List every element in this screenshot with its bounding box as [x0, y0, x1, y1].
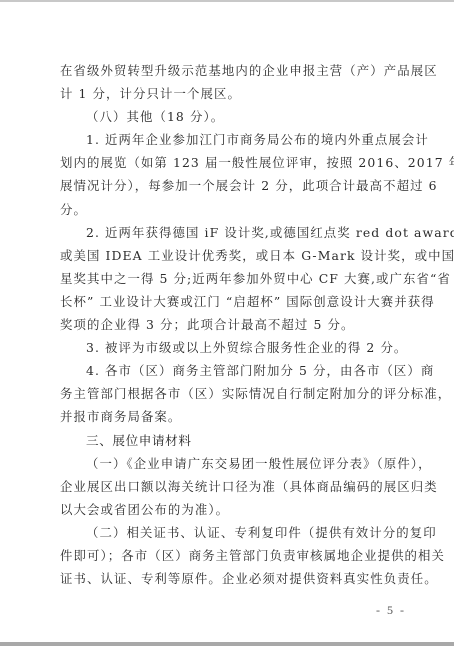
text-line: 划内的展览（如第 123 届一般性展位评审，按照 2016、2017 年参	[60, 151, 396, 174]
material-1-text: （一）《企业申请广东交易团一般性展位评分表》（原件），	[60, 452, 396, 475]
text-line: 展情况计分），每参加一个展会计 2 分，此项合计最高不超过 6	[60, 174, 396, 197]
item-4-text: 4. 各市（区）商务主管部门附加分 5 分，由各市（区）商	[60, 359, 396, 382]
material-2-text: （二）相关证书、认证、专利复印件（提供有效计分的复印	[60, 521, 396, 544]
text-line: 奖项的企业得 3 分；此项合计最高不超过 5 分。	[60, 313, 396, 336]
document-page: 在省级外贸转型升级示范基地内的企业申报主营（产）产品展区 计 1 分，计分只计一…	[60, 59, 396, 590]
text-line: 企业展区出口额以海关统计口径为准（具体商品编码的展区归类	[60, 475, 396, 498]
text-line: 分。	[60, 198, 396, 221]
text-line: 在省级外贸转型升级示范基地内的企业申报主营（产）产品展区	[60, 59, 396, 82]
page-number: - 5 -	[376, 603, 406, 618]
text-line: 件即可）；各市（区）商务主管部门负责审核属地企业提供的相关	[60, 544, 396, 567]
item-1-text: 1. 近两年企业参加江门市商务局公布的境内外重点展会计	[60, 128, 396, 151]
section-heading-materials: 三、展位申请材料	[60, 429, 396, 452]
text-line: 长杯” 工业设计大赛或江门 “启超杯” 国际创意设计大赛并获得	[60, 290, 396, 313]
text-line: 证书、认证、专利等原件。企业必须对提供资料真实性负责任。	[60, 567, 396, 590]
text-line: 以大会或省团公布的为准）。	[60, 498, 396, 521]
item-3-text: 3. 被评为市级或以上外贸综合服务性企业的得 2 分。	[60, 336, 396, 359]
item-2-text: 2. 近两年获得德国 iF 设计奖,或德国红点奖 red dot award,	[60, 221, 396, 244]
text-line: 并报市商务局备案。	[60, 405, 396, 428]
page-top-border	[0, 0, 454, 2]
text-line: 星奖其中之一得 5 分;近两年参加外贸中心 CF 大赛,或广东省“省	[60, 267, 396, 290]
text-line: 计 1 分，计分只计一个展区。	[60, 82, 396, 105]
text-line: 务主管部门根据各市（区）实际情况自行制定附加分的评分标准，	[60, 382, 396, 405]
section-heading-other: （八）其他（18 分）。	[60, 105, 396, 128]
text-line: 或美国 IDEA 工业设计优秀奖，或日本 G-Mark 设计奖，或中国红	[60, 244, 396, 267]
page-bottom-border	[0, 642, 454, 646]
